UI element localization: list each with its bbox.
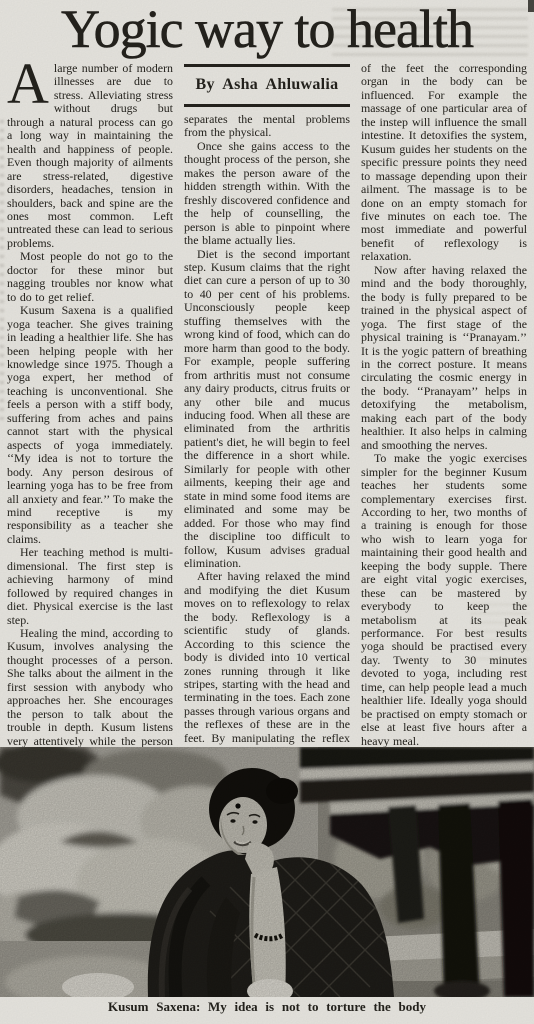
paragraph: Kusum Saxena is a qualified yoga teacher… [7, 304, 173, 546]
photo-illustration [0, 747, 534, 997]
photo-caption: Kusum Saxena: My idea is not to torture … [0, 999, 534, 1015]
newspaper-clipping: Yogic way to health A large number of mo… [0, 0, 534, 1024]
paragraph: To make the yogic exercises simpler for … [361, 452, 527, 748]
article-column-1: A large number of modern illnesses are d… [7, 62, 173, 748]
article-column-2: By Asha Ahluwalia separates the mental p… [184, 62, 350, 748]
kusum-saxena-photo [0, 747, 534, 997]
drop-cap: A [7, 62, 54, 103]
paragraph: Healing the mind, according to Kusum, in… [7, 627, 173, 748]
halftone-grain [0, 747, 534, 997]
byline-text: By Asha Ahluwalia [196, 76, 339, 93]
paragraph: separates the mental problems from the p… [184, 113, 350, 140]
paragraph: Most people do not go to the doctor for … [7, 250, 173, 304]
paragraph: Now after having relaxed the mind and th… [361, 264, 527, 452]
paragraph: Diet is the second important step. Kusum… [184, 248, 350, 571]
byline: By Asha Ahluwalia [184, 64, 350, 107]
print-bleedthrough [0, 120, 4, 420]
paragraph: Her teaching method is multi-dimensional… [7, 546, 173, 627]
paragraph: of the feet the corresponding organ in t… [361, 62, 527, 264]
paragraph: Once she gains access to the thought pro… [184, 140, 350, 248]
article-title: Yogic way to health [0, 0, 534, 58]
paragraph: After having relaxed the mind and modify… [184, 570, 350, 748]
article-body: A large number of modern illnesses are d… [7, 62, 528, 748]
article-column-3: of the feet the corresponding organ in t… [361, 62, 527, 748]
